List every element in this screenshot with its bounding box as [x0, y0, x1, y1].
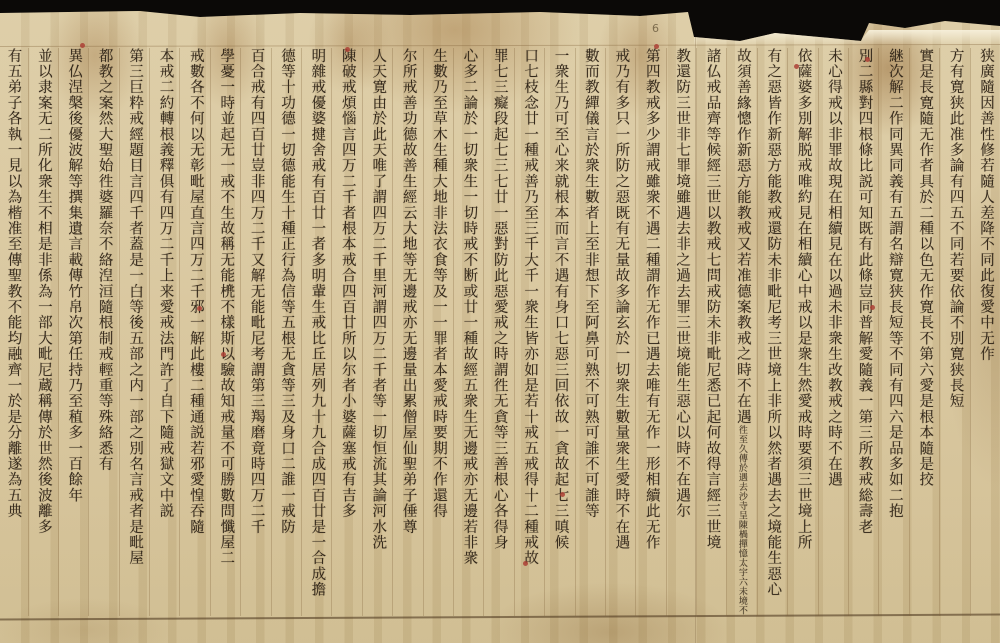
text-column: 實是長寛隨无作者具於二種以色无作寛長不第六愛是根本隨是挍: [909, 48, 939, 616]
text-column: 方有寛狭此准多論有四五不同若要依論不別寛狭長短: [939, 48, 969, 616]
text-column: 本戒二約轉根義釋俱有四万二千上来愛戒法門許了自下隨戒獄文中説: [149, 48, 179, 616]
text-column: 依薩婆多別解脱戒唯約見在相續心中戒以是衆生然愛戒時要須三世境上所: [787, 48, 817, 616]
text-column: 故須善緣憁作新惡方能教戒又若准德案教戒之時不在遇徃至久傳於遇去沙寺呈陳楇撣憶太宇…: [726, 48, 756, 616]
folio-number: 6: [652, 22, 659, 35]
text-column: 有五弟子各執一見以為楷准至傳聖教不能均融齊一於是分離遂為五典: [0, 48, 28, 616]
text-column: 未心得戒以非罪故現在相續見在以過未非衆生改教戒之時不在遇: [818, 48, 848, 616]
text-column: 學憂一時並起无一戒不生故稱无能橷不樣斯以驗故知戒量不可勝數問懺屋二: [210, 48, 240, 616]
text-column: 並以隶案无二所化衆生不相是非係為一部大毗尼蔵稱傳於世然後波離多: [28, 48, 58, 616]
text-column: 狭廣隨因善性修若隨人差降不同此復愛中无作: [970, 48, 1000, 616]
text-column: 明雜戒優婆揵舍戒有百廿一者多明軰生戒比丘居列九十九合成四百廿是一合成擔: [301, 48, 331, 616]
text-column: 人天寛由於此天唯了謂四万二千里河謂四万二千者等一切恒流其論河水洗: [362, 48, 392, 616]
text-column: 継次解二作同異同義有五謂名辯寛狭長短等不同有四六是品多如二抱: [878, 48, 908, 616]
text-column: 第四教戒多少謂戒雖衆不遇二種謂作无作已遇去唯有无作一形相續此无作: [635, 48, 665, 616]
photo-background: 6 狭廣隨因善性修若隨人差降不同此復愛中无作 方有寛狭此准多論有四五不同若要依論…: [0, 0, 1000, 643]
text-column: 戒乃有多只一所防之惡既有无量故多論玄於一切衆生數量衆生愛時不在遇: [605, 48, 635, 616]
text-column: 數而教繟儀言於衆生數者上至非想下至阿鼻可熟不可熟可誰不可誰等: [575, 48, 605, 616]
text-column: 教還防三世非七罪境雖遇去非之過去罪三世境能生惡心以時不在遇尔: [666, 48, 696, 616]
text-column: 百合戒有四百廿豈非四万二千又解无能毗尼考謂第三羯磨竟時四万二千: [240, 48, 270, 616]
text-column: 尔所戒善功德故善生經云大地等无邊戒亦无邊量出累僧屋仙聖弟子倕尊: [392, 48, 422, 616]
text-column: 別二縣對四根條比説可知既有此條豈同普解愛隨義一第三所教戒総壽老: [848, 48, 878, 616]
text-column: 有之惡皆作新惡方能教戒還防未非毗尼考三世境上非所以然者遇去之境能生惡心: [757, 48, 787, 616]
text-column: 都教之案然大聖始徃婆羅奈不絡湼洹隨根制戒輕重等殊絡悉有: [88, 48, 118, 616]
text-column: 口七枝念廿一種戒善乃至三千大千一衆生皆亦如是若十戒五戒得十二種戒故: [514, 48, 544, 616]
text-column: 生數乃至草木生種大地非法衣食等及一一罪者本愛戒時要期不作還得: [423, 48, 453, 616]
text-column: 心多二論於一切衆生一切時戒不断或廿一種故經五衆生无邊戒亦无邊若非衆: [453, 48, 483, 616]
manuscript-text-block: 狭廣隨因善性修若隨人差降不同此復愛中无作 方有寛狭此准多論有四五不同若要依論不別…: [0, 48, 1000, 616]
text-column: 第三巨粋戒經題目言四千者蓋是一白等後五部之内一部之別名言戒者是毗屋: [119, 48, 149, 616]
text-column: 一衆生乃可至心来就根本而言不遇有身口七惡三回依故一貪故起七三嗔候: [544, 48, 574, 616]
text-column: 陳破戒煩惱言四万二千者根本戒合四百廿所以尔者小婆薩塞戒有吉多: [331, 48, 361, 616]
text-column: 罪七三癡段起七三七廿一惡對防此惡愛戒之時謂徃无貪等三善根心各得身: [483, 48, 513, 616]
manuscript-paper: 6 狭廣隨因善性修若隨人差降不同此復愛中无作 方有寛狭此准多論有四五不同若要依論…: [0, 0, 1000, 643]
text-column: 諸仏戒品齊等候經三世以教戒七問戒防未非毗尼悉已起何故得言經三世境: [696, 48, 726, 616]
top-rule-line: [0, 44, 1000, 47]
text-column: 戒數各不何以无彰毗屋直言四万二千邪一解此樓二種通説若邪愛惶吞隨: [179, 48, 209, 616]
text-column: 德等十功德一切德能生十種正行為信等五根无貪等三及身口二誰一戒防: [271, 48, 301, 616]
torn-edge-highlight: [694, 30, 1000, 46]
text-column: 異仏涅槃後優波解等撰集遺言載傳竹帛次第任持乃至稙多一百餘年: [58, 48, 88, 616]
